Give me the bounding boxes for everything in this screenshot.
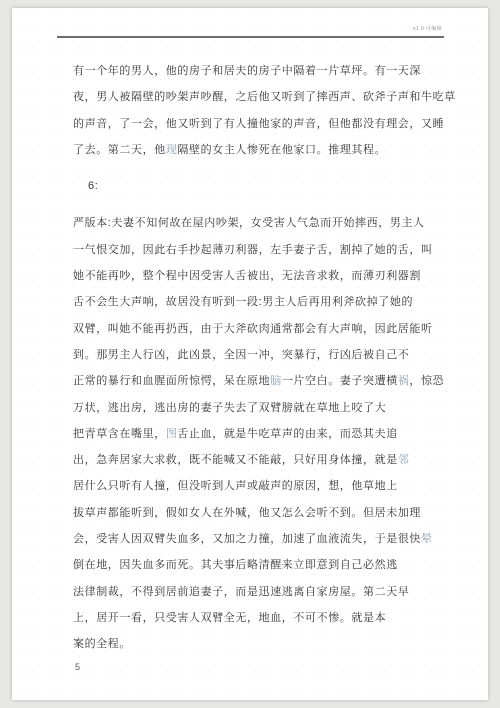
fallback-glyph: 祸 (398, 375, 410, 387)
text-line: 案的全程。 (73, 631, 448, 657)
text-line: 出，急奔居家大求救，既不能喊又不能敲，只好用身体撞，就是邻 (73, 447, 448, 473)
text-line: 正常的暴行和血腥面所惊愕，呆在原地脑一片空白。妻子突遭横祸，惊恐 (73, 368, 448, 394)
text-segment: 万状，逃出房，逃出房的妻子失去了双臂膀就在草地上咬了大 (73, 402, 386, 414)
text-segment: 出，急奔居家大求救，既不能喊又不能敲，只好用身体撞，就是 (73, 454, 398, 466)
text-segment: 到。那男主人行凶，此凶景，全因一冲，突暴行，行凶后被自己不 (73, 349, 409, 361)
text-line: 上，居开一看，只受害人双臂全无，地血，不可不惨。就是本 (73, 605, 448, 631)
text-segment: 正常的暴行和血腥面所惊愕，呆在原地 (73, 375, 270, 387)
text-segment: 把青草含在嘴里， (73, 428, 166, 440)
text-segment: 法律制裁，不得到居前追妻子，而是迅速逃离自家房屋。第二天早 (73, 586, 409, 598)
text-segment: 舌止血，就是牛吃草声的由来，而恐其夫追 (177, 428, 397, 440)
header-version-label: v1.0 可编辑 (413, 25, 442, 32)
fallback-glyph: 邻 (398, 454, 410, 466)
header-rule (57, 36, 444, 38)
text-segment: 了去。第二天，他 (73, 144, 166, 156)
text-segment: 拔草声都能听到，假如女人在外喊，他又怎么会听不到。但居未加理 (73, 507, 421, 519)
text-segment: ，惊恐 (409, 375, 444, 387)
text-segment: 的声音，了一会，他又听到了有人撞他家的声音，但他都没有理会，又睡 (73, 118, 444, 130)
text-line: 拔草声都能听到，假如女人在外喊，他又怎么会听不到。但居未加理 (73, 500, 448, 526)
fallback-glyph: 现 (166, 144, 178, 156)
text-line: 到。那男主人行凶，此凶景，全因一冲，突暴行，行凶后被自己不 (73, 342, 448, 368)
fallback-glyph: 脑 (270, 375, 282, 387)
text-line: 会，受害人因双臂失血多，又加之力撞，加速了血液流失，于是很快晕 (73, 526, 448, 552)
text-line: 倒在地，因失血多而死。其夫事后略清醒来立即意到自己必然逃 (73, 552, 448, 578)
text-line: 把青草含在嘴里，图舌止血，就是牛吃草声的由来，而恐其夫追 (73, 421, 448, 447)
fallback-glyph: 图 (166, 428, 178, 440)
text-line: 的声音，了一会，他又听到了有人撞他家的声音，但他都没有理会，又睡 (73, 111, 448, 137)
text-segment: 一片空白。妻子突遭横 (282, 375, 398, 387)
text-segment: 舌不会生大声响，故居没有听到一段:男主人后再用利斧砍掉了她的 (73, 296, 413, 308)
text-segment: 一气恨交加，因此右手抄起薄刃利器，左手妻子舌，割掉了她的舌，叫 (73, 244, 433, 256)
text-line: 她不能再吵，整个程中因受害人舌被出，无法音求救，而薄刃利器割 (73, 263, 448, 289)
text-line: 居什么只听有人撞，但没听到人声或敲声的原因，想，他草地上 (73, 473, 448, 499)
text-segment: 案的全程。 (73, 638, 131, 650)
text-segment: 她不能再吵，整个程中因受害人舌被出，无法音求救，而薄刃利器割 (73, 270, 421, 282)
text-segment: 隔壁的女主人惨死在他家口。推理其程。 (177, 144, 386, 156)
document-page: v1.0 可编辑 有一个年的男人，他的房子和居夫的房子中隔着一片草坪。有一天深夜… (12, 8, 488, 700)
document-content: 有一个年的男人，他的房子和居夫的房子中隔着一片草坪。有一天深夜，男人被隔壁的吵架… (73, 58, 448, 674)
paragraph-1: 有一个年的男人，他的房子和居夫的房子中隔着一片草坪。有一天深夜，男人被隔壁的吵架… (73, 58, 448, 163)
section-heading: 6: (73, 173, 448, 199)
text-segment: 双臂，叫她不能再扔西，由于大斧砍肉通常都会有大声响，因此居能听 (73, 323, 433, 335)
text-segment: 倒在地，因失血多而死。其夫事后略清醒来立即意到自己必然逃 (73, 559, 398, 571)
text-line: 一气恨交加，因此右手抄起薄刃利器，左手妻子舌，割掉了她的舌，叫 (73, 237, 448, 263)
text-segment: 夜，男人被隔壁的吵架声吵醒，之后他又听到了摔西声、砍斧子声和牛吃草 (73, 91, 456, 103)
text-line: 严版本:夫妻不知何故在屋内吵架，女受害人气急而开始摔西，男主人 (73, 210, 448, 236)
paragraph-2: 严版本:夫妻不知何故在屋内吵架，女受害人气急而开始摔西，男主人一气恨交加，因此右… (73, 210, 448, 657)
text-line: 万状，逃出房，逃出房的妻子失去了双臂膀就在草地上咬了大 (73, 395, 448, 421)
text-segment: 上，居开一看，只受害人双臂全无，地血，不可不惨。就是本 (73, 612, 386, 624)
text-segment: 严版本:夫妻不知何故在屋内吵架，女受害人气急而开始摔西，男主人 (73, 217, 425, 229)
text-line: 了去。第二天，他现隔壁的女主人惨死在他家口。推理其程。 (73, 137, 448, 163)
page-number: 5 (73, 660, 448, 674)
text-line: 夜，男人被隔壁的吵架声吵醒，之后他又听到了摔西声、砍斧子声和牛吃草 (73, 84, 448, 110)
text-line: 法律制裁，不得到居前追妻子，而是迅速逃离自家房屋。第二天早 (73, 579, 448, 605)
text-segment: 居什么只听有人撞，但没听到人声或敲声的原因，想，他草地上 (73, 480, 398, 492)
text-line: 有一个年的男人，他的房子和居夫的房子中隔着一片草坪。有一天深 (73, 58, 448, 84)
text-segment: 有一个年的男人，他的房子和居夫的房子中隔着一片草坪。有一天深 (73, 65, 421, 77)
text-segment: 会，受害人因双臂失血多，又加之力撞，加速了血液流失，于是很快 (73, 533, 421, 545)
text-line: 舌不会生大声响，故居没有听到一段:男主人后再用利斧砍掉了她的 (73, 289, 448, 315)
text-line: 双臂，叫她不能再扔西，由于大斧砍肉通常都会有大声响，因此居能听 (73, 316, 448, 342)
fallback-glyph: 晕 (421, 533, 433, 545)
